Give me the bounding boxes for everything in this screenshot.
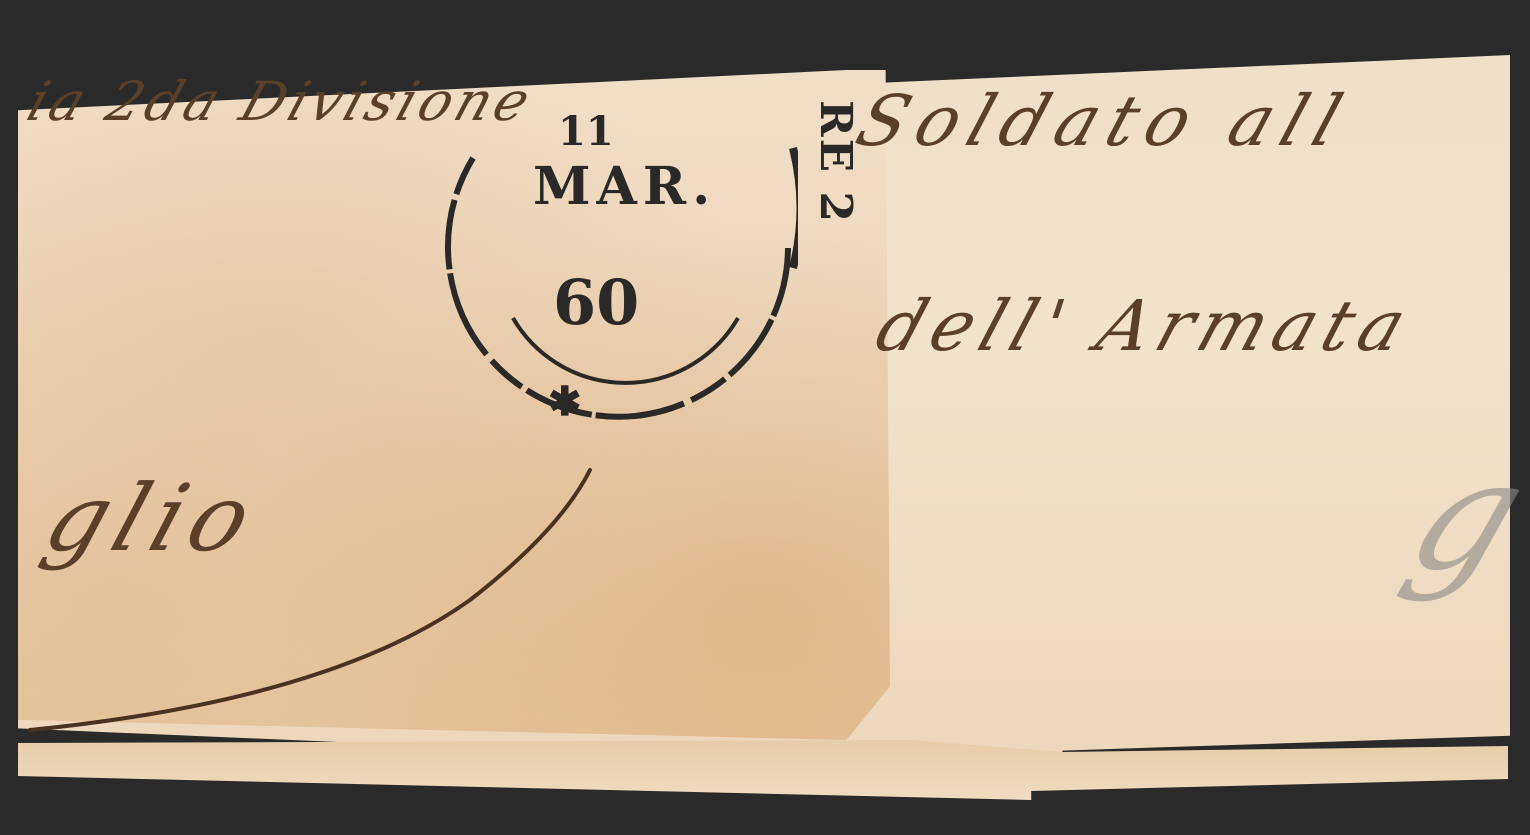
postmark-star-icon: ✱: [548, 378, 582, 425]
circular-date-postmark: 11 MAR. 60 ✱: [378, 118, 798, 478]
postmark-month: MAR.: [533, 156, 716, 217]
postmark-year: 60: [553, 266, 639, 339]
postmark-day: 11: [558, 108, 614, 155]
document-photo: ia 2da Divisione Soldato all dell' Armat…: [0, 0, 1530, 835]
postmark-rim-text: RE 2: [810, 100, 861, 224]
